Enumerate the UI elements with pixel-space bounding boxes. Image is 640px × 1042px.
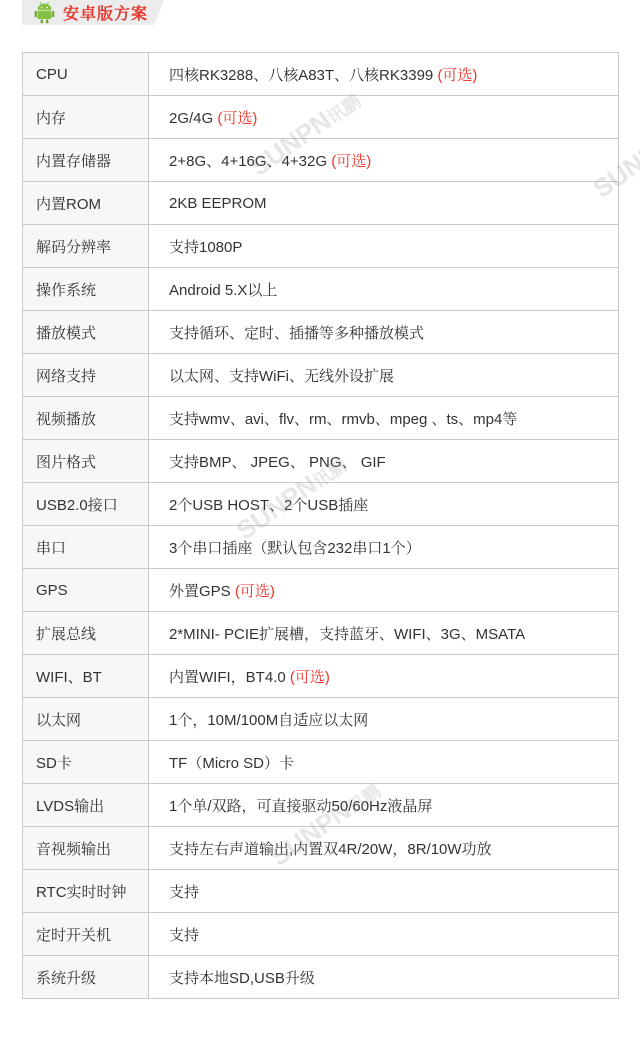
spec-value-text: 2*MINI- PCIE扩展槽，支持蓝牙、WIFI、3G、MSATA [169, 626, 525, 643]
spec-label: LVDS输出 [23, 784, 149, 827]
spec-label: 视频播放 [23, 397, 149, 440]
spec-value: 2KB EEPROM [149, 182, 619, 225]
spec-value-text: 支持wmv、avi、flv、rm、rmvb、mpeg 、ts、mp4等 [169, 411, 517, 428]
spec-value-text: 内置WIFI，BT4.0 [169, 669, 290, 686]
spec-value-text: 以太网、支持WiFi、无线外设扩展 [169, 368, 394, 385]
spec-value-text: 1个单/双路，可直接驱动50/60Hz液晶屏 [169, 798, 432, 815]
spec-value: 外置GPS (可选) [149, 569, 619, 612]
table-row: WIFI、BT内置WIFI，BT4.0 (可选) [23, 655, 619, 698]
header-banner: 安卓版方案 [22, 0, 164, 25]
spec-label: 以太网 [23, 698, 149, 741]
spec-value: 支持wmv、avi、flv、rm、rmvb、mpeg 、ts、mp4等 [149, 397, 619, 440]
spec-value: 内置WIFI，BT4.0 (可选) [149, 655, 619, 698]
spec-value-text: 支持循环、定时、插播等多种播放模式 [169, 325, 424, 342]
table-row: LVDS输出1个单/双路，可直接驱动50/60Hz液晶屏 [23, 784, 619, 827]
table-row: RTC实时时钟支持 [23, 870, 619, 913]
spec-value: 3个串口插座（默认包含232串口1个） [149, 526, 619, 569]
spec-value-text: 支持本地SD,USB升级 [169, 970, 315, 987]
spec-label: 扩展总线 [23, 612, 149, 655]
spec-value: 支持循环、定时、插播等多种播放模式 [149, 311, 619, 354]
spec-value: 2+8G、4+16G、4+32G (可选) [149, 139, 619, 182]
spec-value-text: 支持1080P [169, 239, 242, 256]
table-row: 解码分辨率支持1080P [23, 225, 619, 268]
table-row: 扩展总线2*MINI- PCIE扩展槽，支持蓝牙、WIFI、3G、MSATA [23, 612, 619, 655]
spec-label: 定时开关机 [23, 913, 149, 956]
spec-label: 图片格式 [23, 440, 149, 483]
spec-value-text: TF（Micro SD）卡 [169, 755, 294, 772]
spec-label: 操作系统 [23, 268, 149, 311]
spec-label: 内存 [23, 96, 149, 139]
spec-value-text: 2+8G、4+16G、4+32G [169, 153, 331, 170]
spec-label: WIFI、BT [23, 655, 149, 698]
table-row: USB2.0接口2个USB HOST、2个USB插座 [23, 483, 619, 526]
table-row: GPS外置GPS (可选) [23, 569, 619, 612]
spec-value-text: Android 5.X以上 [169, 282, 277, 299]
table-row: 音视频输出支持左右声道输出,内置双4R/20W，8R/10W功放 [23, 827, 619, 870]
spec-value: 支持 [149, 870, 619, 913]
table-row: 播放模式支持循环、定时、插播等多种播放模式 [23, 311, 619, 354]
table-row: CPU四核RK3288、八核A83T、八核RK3399 (可选) [23, 53, 619, 96]
optional-tag: (可选) [235, 583, 275, 600]
spec-value-text: 支持左右声道输出,内置双4R/20W，8R/10W功放 [169, 841, 492, 858]
spec-value-text: 支持 [169, 927, 199, 944]
spec-label: 解码分辨率 [23, 225, 149, 268]
spec-value-text: 1个，10M/100M自适应以太网 [169, 712, 368, 729]
table-row: 定时开关机支持 [23, 913, 619, 956]
spec-value-text: 支持 [169, 884, 199, 901]
spec-label: SD卡 [23, 741, 149, 784]
spec-value-text: 2KB EEPROM [169, 195, 267, 212]
spec-value-text: 3个串口插座（默认包含232串口1个） [169, 540, 421, 557]
page: { "header": { "title": "安卓版方案", "icon": … [0, 0, 640, 1042]
table-row: 以太网1个，10M/100M自适应以太网 [23, 698, 619, 741]
table-row: 内置存储器2+8G、4+16G、4+32G (可选) [23, 139, 619, 182]
spec-table-body: CPU四核RK3288、八核A83T、八核RK3399 (可选)内存2G/4G … [23, 53, 619, 999]
spec-label: GPS [23, 569, 149, 612]
spec-value: 2G/4G (可选) [149, 96, 619, 139]
table-row: 操作系统Android 5.X以上 [23, 268, 619, 311]
table-row: 图片格式支持BMP、 JPEG、 PNG、 GIF [23, 440, 619, 483]
spec-value: 支持左右声道输出,内置双4R/20W，8R/10W功放 [149, 827, 619, 870]
spec-label: USB2.0接口 [23, 483, 149, 526]
spec-value: 支持BMP、 JPEG、 PNG、 GIF [149, 440, 619, 483]
spec-value-text: 2G/4G [169, 110, 217, 127]
optional-tag: (可选) [217, 110, 257, 127]
spec-value: TF（Micro SD）卡 [149, 741, 619, 784]
table-row: 内存2G/4G (可选) [23, 96, 619, 139]
spec-value: 2*MINI- PCIE扩展槽，支持蓝牙、WIFI、3G、MSATA [149, 612, 619, 655]
optional-tag: (可选) [331, 153, 371, 170]
spec-label: CPU [23, 53, 149, 96]
spec-value: 以太网、支持WiFi、无线外设扩展 [149, 354, 619, 397]
spec-label: 音视频输出 [23, 827, 149, 870]
spec-value-text: 外置GPS [169, 583, 235, 600]
android-robot-icon [34, 1, 55, 24]
spec-label: 内置存储器 [23, 139, 149, 182]
spec-value: 支持本地SD,USB升级 [149, 956, 619, 999]
spec-table: CPU四核RK3288、八核A83T、八核RK3399 (可选)内存2G/4G … [22, 52, 619, 999]
table-row: 内置ROM2KB EEPROM [23, 182, 619, 225]
optional-tag: (可选) [437, 67, 477, 84]
spec-label: 系统升级 [23, 956, 149, 999]
spec-value-text: 支持BMP、 JPEG、 PNG、 GIF [169, 454, 386, 471]
spec-label: 播放模式 [23, 311, 149, 354]
table-row: 视频播放支持wmv、avi、flv、rm、rmvb、mpeg 、ts、mp4等 [23, 397, 619, 440]
table-row: 串口3个串口插座（默认包含232串口1个） [23, 526, 619, 569]
spec-value-text: 四核RK3288、八核A83T、八核RK3399 [169, 67, 437, 84]
table-row: 系统升级支持本地SD,USB升级 [23, 956, 619, 999]
spec-value-text: 2个USB HOST、2个USB插座 [169, 497, 368, 514]
page-title: 安卓版方案 [63, 1, 148, 24]
optional-tag: (可选) [290, 669, 330, 686]
spec-value: Android 5.X以上 [149, 268, 619, 311]
spec-label: RTC实时时钟 [23, 870, 149, 913]
spec-label: 网络支持 [23, 354, 149, 397]
spec-value: 1个单/双路，可直接驱动50/60Hz液晶屏 [149, 784, 619, 827]
spec-label: 串口 [23, 526, 149, 569]
table-row: SD卡TF（Micro SD）卡 [23, 741, 619, 784]
spec-label: 内置ROM [23, 182, 149, 225]
spec-value: 四核RK3288、八核A83T、八核RK3399 (可选) [149, 53, 619, 96]
spec-value: 支持 [149, 913, 619, 956]
spec-value: 2个USB HOST、2个USB插座 [149, 483, 619, 526]
table-row: 网络支持以太网、支持WiFi、无线外设扩展 [23, 354, 619, 397]
spec-value: 支持1080P [149, 225, 619, 268]
spec-value: 1个，10M/100M自适应以太网 [149, 698, 619, 741]
